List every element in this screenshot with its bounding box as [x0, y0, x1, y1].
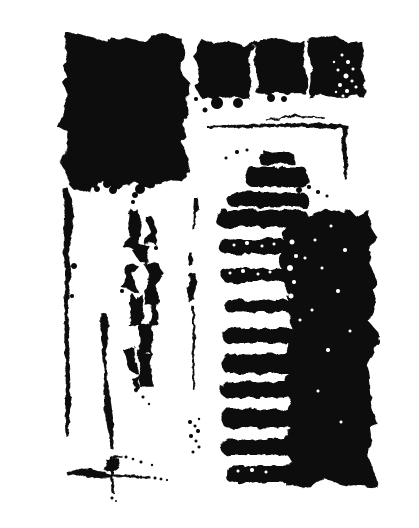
texture-column-8: [124, 345, 140, 375]
dash-line-dots-7: [198, 418, 200, 420]
bottom-cross-hook: [113, 455, 122, 459]
mass-top-dots-2: [316, 190, 320, 194]
mass-speckles-2: [287, 265, 293, 271]
bottom-cross-dots-2: [140, 461, 143, 464]
swatch-1-drips-3: [194, 97, 198, 101]
large-ink-blob: [57, 31, 191, 191]
texture-column-dots-0: [131, 200, 135, 204]
mass-speckles-9: [336, 289, 340, 293]
bottom-stroke-dashes-1: [160, 478, 163, 481]
swatch-3-speckles-5: [338, 83, 342, 87]
swatch-3-speckles-2: [337, 69, 340, 72]
tooth-speckles-2: [261, 245, 264, 248]
tooth-speckles-8: [237, 470, 240, 473]
ruled-line-flick: [266, 115, 325, 121]
large-blob-drips-5: [103, 180, 111, 188]
bottom-stroke-dashes-0: [154, 477, 157, 480]
mass-speckles-10: [311, 309, 314, 312]
mass-speckles-11: [349, 330, 352, 333]
swatch-3-speckles-6: [345, 89, 349, 93]
swatch-2-drips-1: [281, 96, 287, 102]
tooth-speckles-6: [257, 273, 260, 276]
brush-stroke-mid: [100, 313, 114, 449]
texture-column-4: [143, 261, 163, 306]
ink-swatch-3: [307, 37, 366, 99]
texture-column-7: [136, 323, 152, 356]
tooth-speckles-7: [269, 271, 272, 274]
mass-top-dots-1: [307, 185, 311, 189]
bottom-cross-dots-4: [111, 497, 114, 500]
mass-speckles-6: [330, 225, 333, 228]
dash-line-seg-4: [192, 306, 195, 390]
dash-line-dots-5: [198, 446, 201, 449]
swatch-1-drips-0: [211, 97, 223, 109]
swatch-1-drips-2: [203, 108, 208, 113]
dash-line-dots-4: [195, 440, 198, 443]
mass-speckles-3: [292, 280, 296, 284]
texture-column-dots-4: [134, 388, 138, 392]
mass-top-dots-3: [294, 202, 299, 207]
mass-speckles-0: [290, 240, 295, 245]
comb-top-dots-2: [246, 149, 249, 152]
mass-top-dots-0: [296, 187, 302, 193]
bottom-cross-dots-3: [151, 464, 153, 466]
texture-column-9: [137, 352, 153, 387]
mass-speckles-16: [299, 319, 302, 322]
swatch-3-speckles-3: [344, 74, 349, 79]
swatch-3-speckles-0: [341, 54, 344, 57]
swatch-3-speckles-7: [333, 61, 335, 63]
dash-line-dots-3: [189, 434, 193, 438]
mass-speckles-5: [314, 239, 317, 242]
tooth-speckles-9: [250, 468, 254, 472]
comb-top-dots-1: [225, 157, 228, 160]
tooth-speckles-3: [273, 243, 276, 246]
swatch-3-speckles-10: [342, 95, 345, 98]
brush-stroke-left-bumps-1: [70, 294, 74, 298]
comb-top-dots-0: [235, 150, 239, 154]
mass-speckles-15: [304, 257, 307, 260]
texture-column-0: [124, 206, 141, 248]
tooth-speckles-10: [265, 471, 268, 474]
mass-top-dots-4: [304, 205, 308, 209]
ink-drip: [342, 128, 349, 179]
dash-line-seg-3: [187, 272, 196, 303]
artwork-page: [0, 0, 419, 528]
texture-column-dots-5: [142, 396, 145, 399]
bottom-stroke-dashes-2: [166, 479, 168, 481]
texture-column-dots-2: [120, 289, 124, 293]
texture-column-dots-1: [154, 246, 158, 250]
swatch-1-drips-1: [233, 98, 243, 108]
tooth-speckles-1: [245, 241, 249, 245]
bottom-cross-dots-0: [125, 456, 128, 459]
dash-line-dots-1: [194, 425, 197, 428]
brush-stroke-left-bumps-0: [71, 263, 77, 269]
mass-speckles-1: [294, 254, 298, 258]
dash-line-seg-1: [193, 198, 199, 230]
texture-column-1: [144, 215, 157, 247]
large-blob-drips-1: [109, 186, 117, 194]
mass-speckles-8: [321, 267, 324, 270]
swatch-2-drips-0: [267, 94, 275, 102]
dash-line-dots-2: [196, 429, 200, 433]
large-blob-drips-3: [149, 182, 155, 188]
dash-line-seg-2: [189, 252, 194, 266]
large-blob-drips-4: [132, 192, 138, 198]
mass-speckles-4: [289, 294, 294, 299]
dash-line-dots-0: [188, 420, 192, 424]
tooth-speckles-4: [229, 272, 232, 275]
ink-swatch-2: [254, 37, 307, 95]
swatch-3-speckles-11: [335, 91, 337, 93]
ink-swatch-1: [194, 37, 257, 99]
bottom-cross-dots-5: [115, 500, 117, 502]
mass-speckles-13: [317, 390, 320, 393]
swatch-3-speckles-1: [346, 60, 350, 64]
bottom-cross-dots-1: [132, 458, 135, 461]
ink-mass: [280, 208, 378, 487]
mass-top-dots-5: [326, 195, 329, 198]
ruled-line: [207, 123, 348, 128]
dash-line-dots-6: [192, 451, 195, 454]
swatch-3-speckles-8: [352, 68, 355, 71]
tooth-speckles-5: [241, 269, 245, 273]
mass-speckles-12: [326, 348, 330, 352]
texture-column-dots-6: [148, 403, 150, 405]
comb-tooth-1: [246, 167, 308, 187]
mass-speckles-7: [343, 248, 347, 252]
swatch-3-speckles-4: [351, 80, 354, 83]
artwork-canvas: [0, 0, 419, 528]
texture-column-dots-3: [156, 299, 160, 303]
swatch-3-speckles-9: [355, 86, 358, 89]
texture-column-5: [127, 291, 143, 325]
comb-tooth-0: [258, 152, 295, 165]
comb-tooth-7: [222, 328, 300, 343]
brush-stroke-left: [63, 187, 74, 436]
texture-column-3: [121, 263, 139, 293]
large-blob-drips-0: [94, 186, 100, 192]
mass-speckles-14: [340, 421, 343, 424]
tooth-speckles-0: [233, 244, 236, 247]
